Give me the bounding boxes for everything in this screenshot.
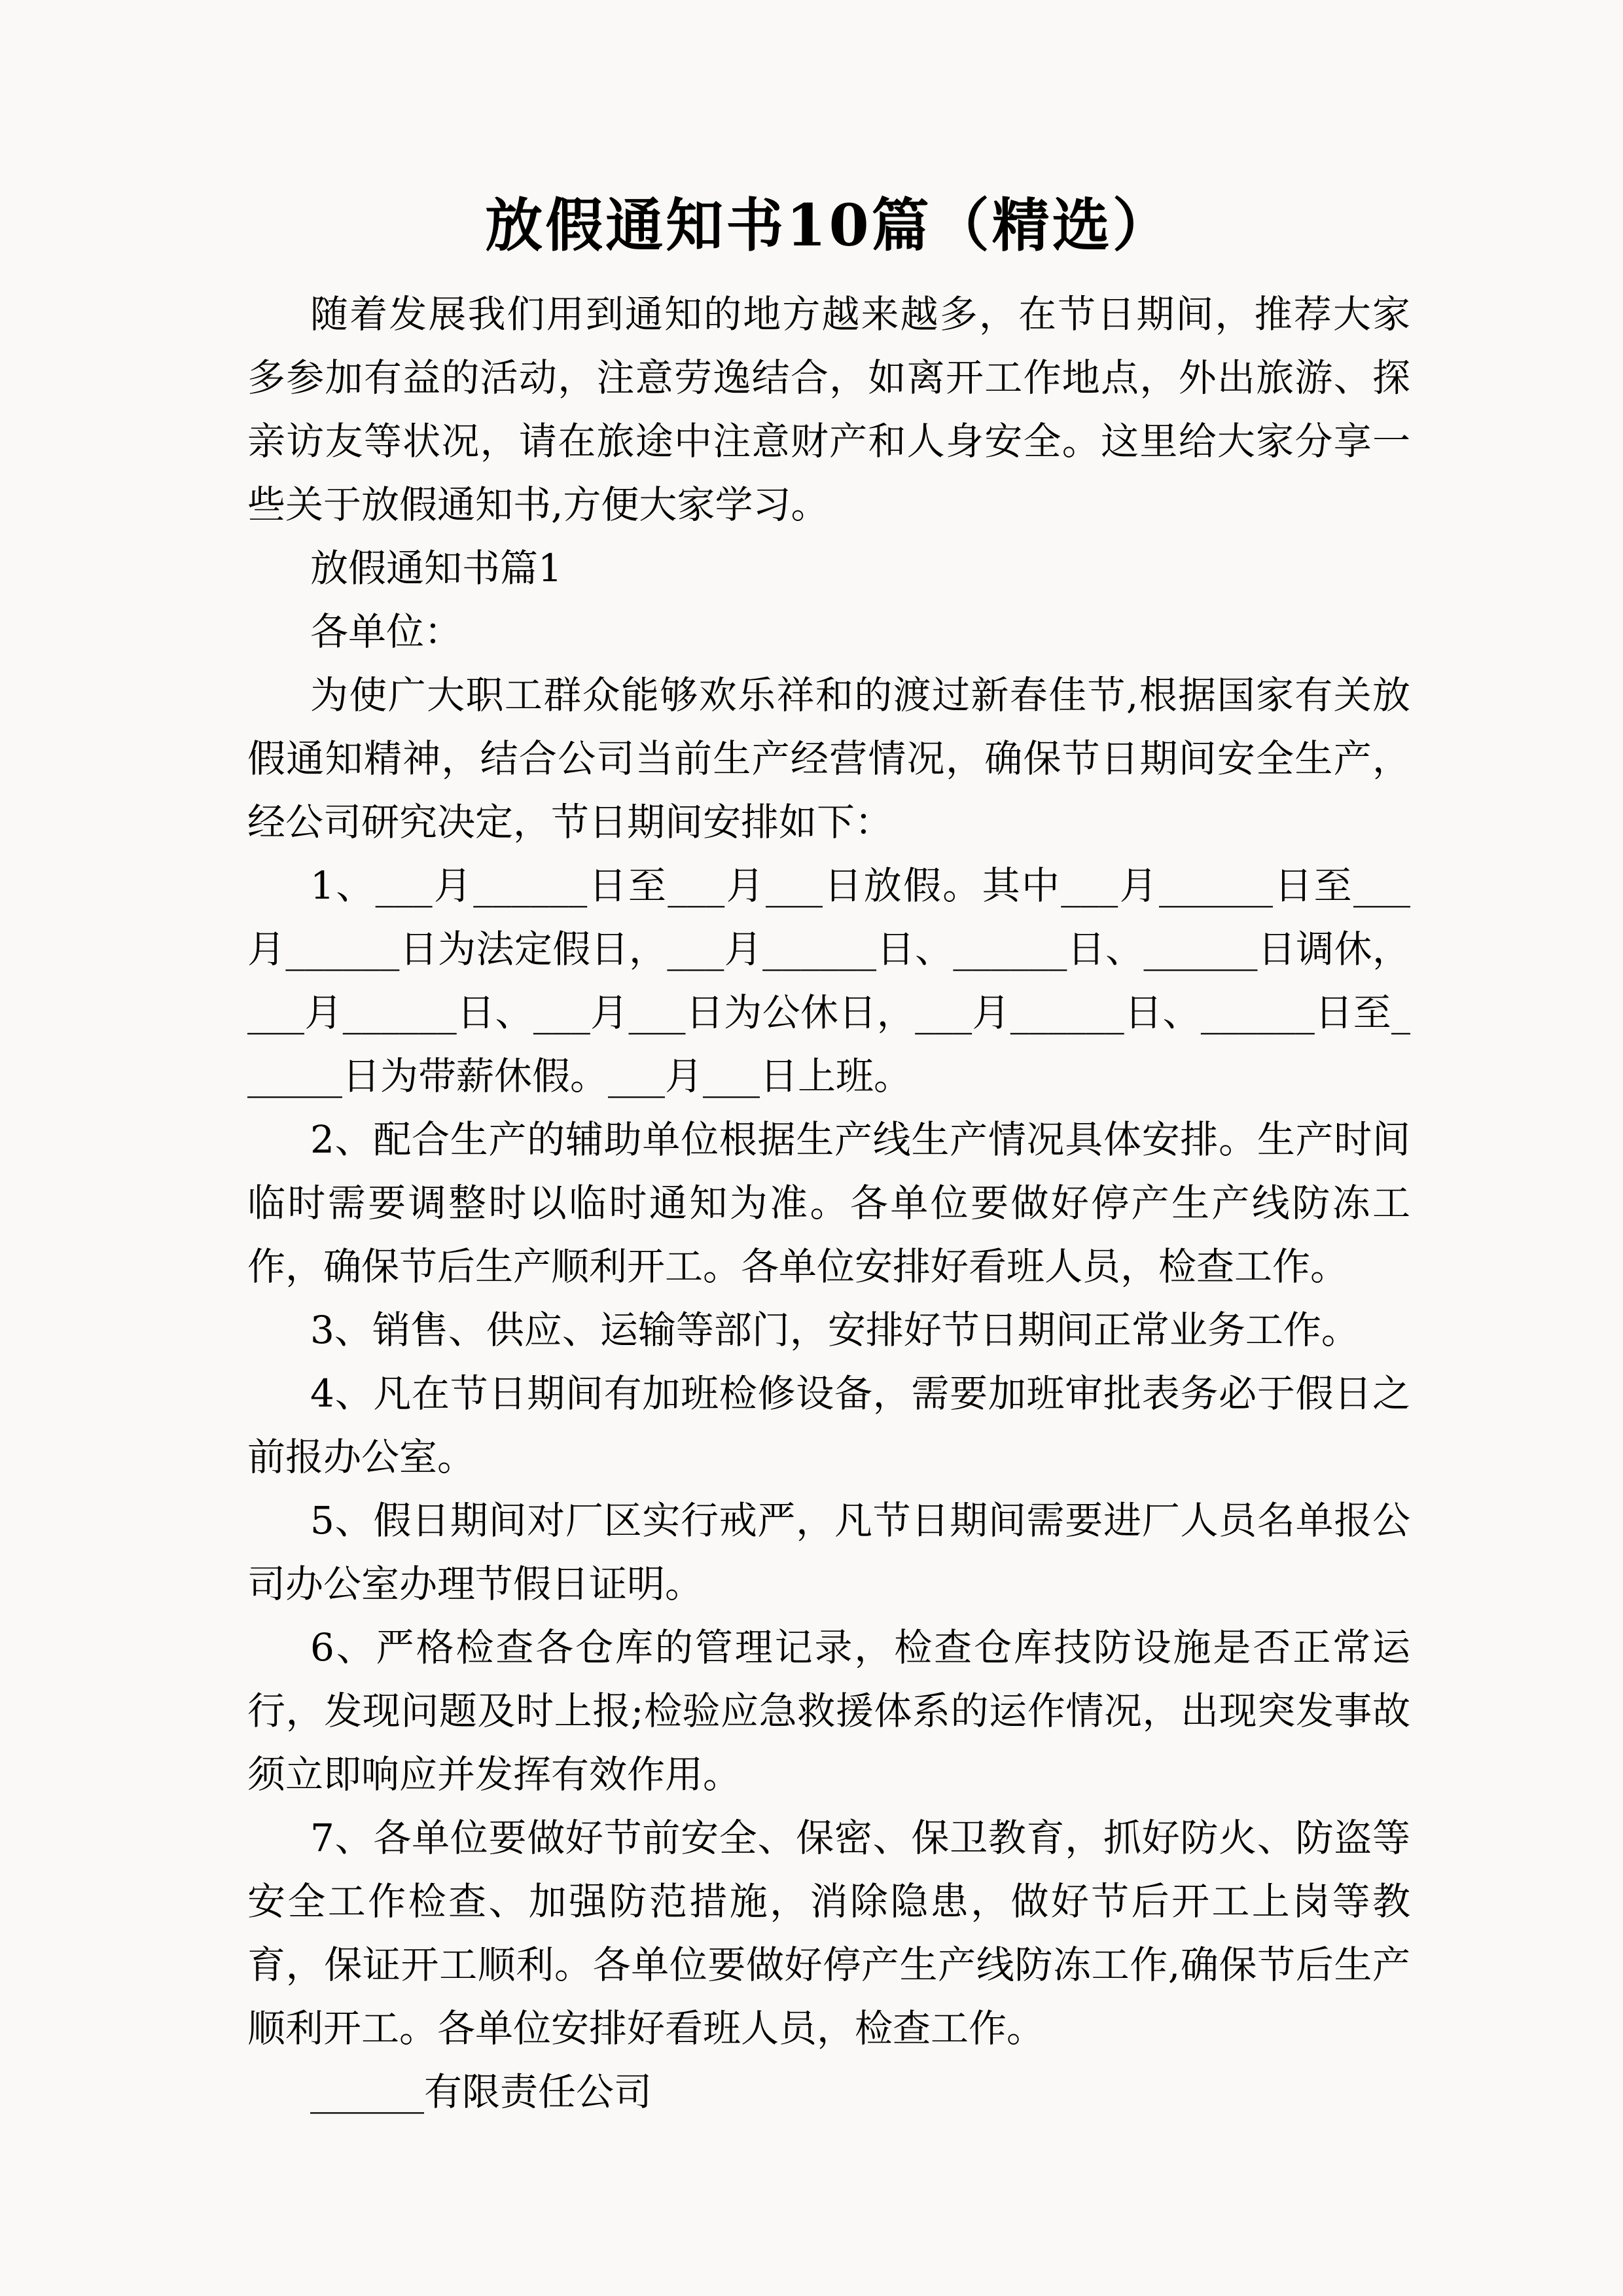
list-item-3: 3、销售、供应、运输等部门，安排好节日期间正常业务工作。: [247, 1299, 1410, 1362]
list-item-4: 4、凡在节日期间有加班检修设备，需要加班审批表务必于假日之前报办公室。: [247, 1362, 1410, 1489]
list-item-5: 5、假日期间对厂区实行戒严，凡节日期间需要进厂人员名单报公司办公室办理节假日证明…: [247, 1489, 1410, 1616]
list-item-1: 1、___月______日至___月___日放假。其中___月______日至_…: [247, 854, 1410, 1108]
paragraph-intro: 随着发展我们用到通知的地方越来越多，在节日期间，推荐大家多参加有益的活动，注意劳…: [247, 283, 1410, 537]
list-item-7: 7、各单位要做好节前安全、保密、保卫教育，抓好防火、防盗等安全工作检查、加强防范…: [247, 1806, 1410, 2060]
paragraph-opening: 为使广大职工群众能够欢乐祥和的渡过新春佳节,根据国家有关放假通知精神，结合公司当…: [247, 664, 1410, 854]
signature-company-line: ______有限责任公司: [247, 2060, 1410, 2124]
document-page: 放假通知书10篇（精选） 随着发展我们用到通知的地方越来越多，在节日期间，推荐大…: [0, 0, 1623, 2296]
salutation: 各单位：: [247, 600, 1410, 664]
list-item-2: 2、配合生产的辅助单位根据生产线生产情况具体安排。生产时间临时需要调整时以临时通…: [247, 1108, 1410, 1299]
document-title: 放假通知书10篇（精选）: [247, 185, 1410, 266]
list-item-6: 6、严格检查各仓库的管理记录，检查仓库技防设施是否正常运行，发现问题及时上报;检…: [247, 1616, 1410, 1806]
section-1-heading: 放假通知书篇1: [247, 537, 1410, 600]
